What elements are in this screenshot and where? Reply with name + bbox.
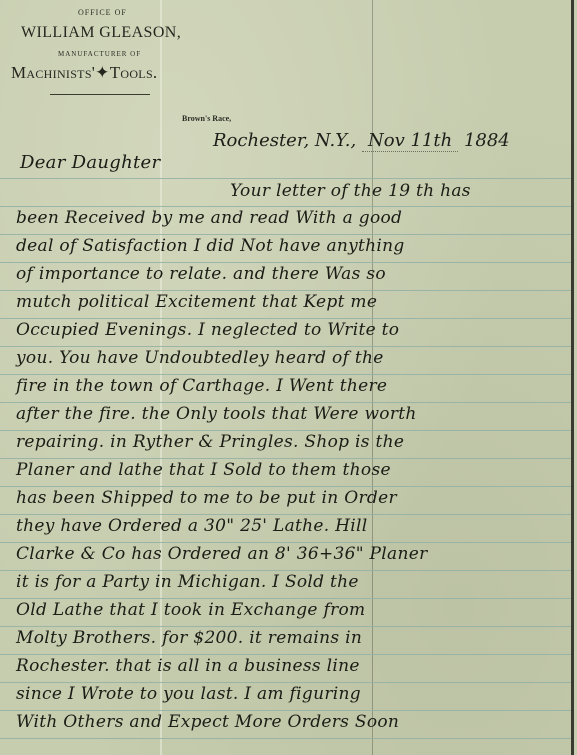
ruled-line: [0, 542, 574, 543]
ruled-line: [0, 626, 574, 627]
ruled-line: [0, 318, 574, 319]
ruled-line: [0, 598, 574, 599]
dateline-year: 1884: [464, 130, 510, 151]
ruled-line: [0, 234, 574, 235]
letter-line: of importance to relate. and there Was s…: [16, 264, 577, 284]
letter-line: it is for a Party in Michigan. I Sold th…: [16, 572, 577, 592]
place-name: Brown's Race,: [182, 114, 231, 123]
letterhead-manufacturer-of: MANUFACTURER OF: [58, 50, 141, 58]
letterhead-product-line: Machinists'✦Tools.: [11, 63, 157, 83]
dateline: Rochester, N.Y., Nov 11th 1884: [213, 130, 510, 152]
ruled-line: [0, 738, 574, 739]
letter-line: deal of Satisfaction I did Not have anyt…: [16, 236, 577, 256]
ruled-line: [0, 206, 574, 207]
letter-line: Your letter of the 19 th has: [230, 181, 577, 201]
letterhead-rule: [50, 94, 150, 95]
ruled-line: [0, 514, 574, 515]
letter-line: they have Ordered a 30" 25' Lathe. Hill: [16, 516, 577, 536]
letter-line: Occupied Evenings. I neglected to Write …: [16, 320, 577, 340]
ruled-line: [0, 710, 574, 711]
ruled-line: [0, 374, 574, 375]
letter-line: Molty Brothers. for $200. it remains in: [16, 628, 577, 648]
letter-line: you. You have Undoubtedley heard of the: [16, 348, 577, 368]
letter-line: Rochester. that is all in a business lin…: [16, 656, 577, 676]
salutation: Dear Daughter: [20, 152, 577, 173]
letterhead-office-of: OFFICE OF: [78, 8, 127, 17]
letter-line: Clarke & Co has Ordered an 8' 36+36" Pla…: [16, 544, 577, 564]
letter-line: repairing. in Ryther & Pringles. Shop is…: [16, 432, 577, 452]
ruled-line: [0, 654, 574, 655]
ruled-line: [0, 262, 574, 263]
ruled-line: [0, 682, 574, 683]
letterhead-company-name: WILLIAM GLEASON,: [21, 24, 181, 42]
letter-line: Planer and lathe that I Sold to them tho…: [16, 460, 577, 480]
ruled-line: [0, 402, 574, 403]
ruled-line: [0, 486, 574, 487]
letter-line: been Received by me and read With a good: [16, 208, 577, 228]
ruled-line: [0, 346, 574, 347]
letter-paper: OFFICE OF WILLIAM GLEASON, MANUFACTURER …: [0, 0, 574, 755]
letter-line: since I Wrote to you last. I am figuring: [16, 684, 577, 704]
letter-line: has been Shipped to me to be put in Orde…: [16, 488, 577, 508]
dateline-date: Nov 11th: [362, 130, 458, 152]
letter-line: mutch political Excitement that Kept me: [16, 292, 577, 312]
letter-line: Old Lathe that I took in Exchange from: [16, 600, 577, 620]
ruled-line: [0, 178, 574, 179]
ruled-line: [0, 290, 574, 291]
ruled-line: [0, 570, 574, 571]
letter-line: after the fire. the Only tools that Were…: [16, 404, 577, 424]
ruled-line: [0, 430, 574, 431]
dateline-city: Rochester, N.Y.,: [213, 130, 356, 151]
letter-line: With Others and Expect More Orders Soon: [16, 712, 577, 732]
paper-edge: [571, 0, 574, 755]
ruled-line: [0, 458, 574, 459]
letter-line: fire in the town of Carthage. I Went the…: [16, 376, 577, 396]
